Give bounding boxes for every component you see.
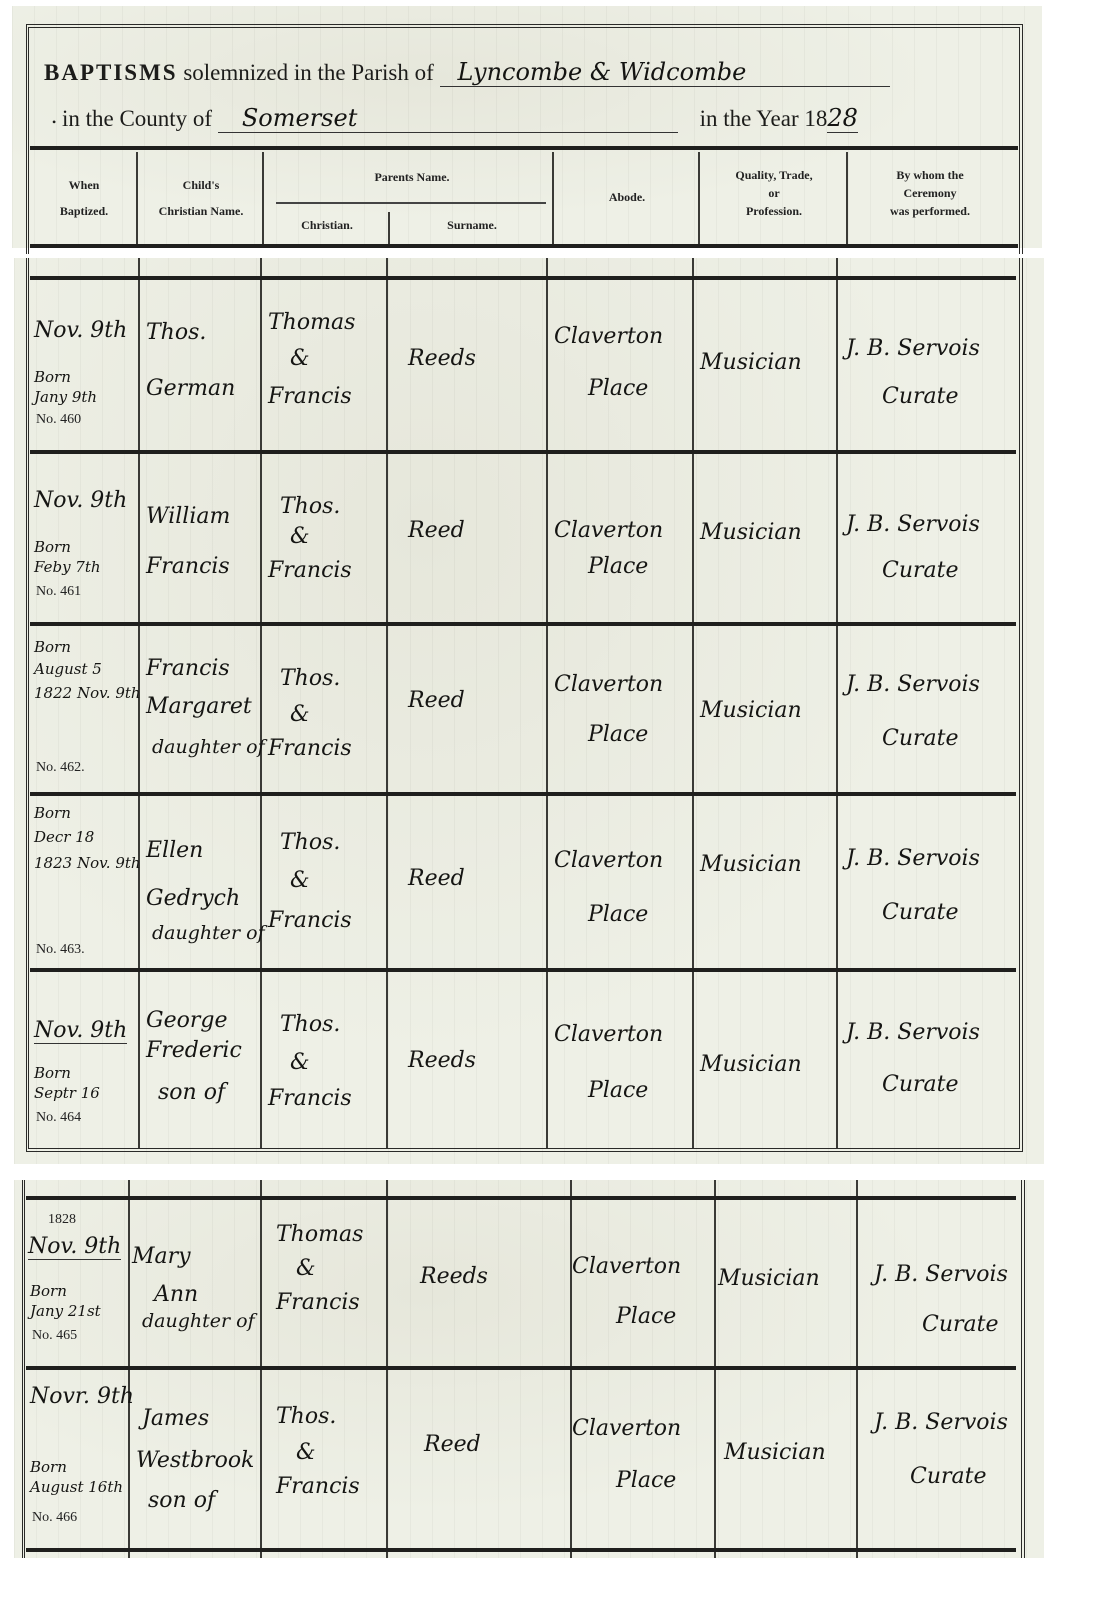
abode-2: Place [588,554,648,579]
col-divider [698,152,700,246]
abode-1: Claverton [554,324,663,349]
col-divider [136,152,138,246]
col-child-line2: Christian Name. [140,202,262,220]
child-relation: son of [158,1080,225,1105]
col-divider [262,152,264,246]
officiant: J. B. Servois [874,1262,1008,1287]
abode-2: Place [616,1304,676,1329]
abode-2: Place [588,376,648,401]
child-name-1: William [146,504,230,529]
trade: Musician [700,1052,802,1077]
col-quality-line1: Quality, Trade, [702,166,846,184]
register-header-panel: BAPTISMS solemnized in the Parish of Lyn… [12,6,1042,248]
parent-name-1: Thomas [268,310,355,335]
trade: Musician [718,1266,820,1291]
parent-name-1: Thos. [280,1012,340,1037]
title-solemnized: solemnized in the Parish of [183,60,433,85]
trade: Musician [700,350,802,375]
baptism-date: Nov. 9th [34,488,127,513]
col-when: When Baptized. [34,176,134,220]
col-bywhom-line2: Ceremony [850,184,1010,202]
birth-date: August 5 [34,660,102,678]
parent-and: & [290,1050,310,1075]
baptism-date: Nov. 9th [34,1018,127,1044]
abode-1: Claverton [554,1022,663,1047]
register-entry: 1828 Nov. 9th Born Jany 21st No. 465 Mar… [24,1200,1016,1360]
officiant: J. B. Servois [846,1020,980,1045]
child-name-1: Francis [146,656,230,681]
year-value: 28 [827,104,858,133]
officiant: J. B. Servois [846,336,980,361]
officiant-title: Curate [882,384,959,409]
child-name-1: Mary [132,1244,191,1269]
birth-date: Jany 21st [30,1302,101,1320]
abode-2: Place [588,722,648,747]
col-quality-line2: or [702,184,846,202]
officiant-title: Curate [882,726,959,751]
register-page-bottom: 1828 Nov. 9th Born Jany 21st No. 465 Mar… [14,1180,1044,1558]
child-name-2: Frederic [146,1038,242,1063]
col-bywhom-line1: By whom the [850,166,1010,184]
parent-and: & [290,524,310,549]
parent-and: & [296,1440,316,1465]
register-entry: Nov. 9th Born Septr 16 No. 464 George Fr… [28,972,1020,1144]
col-quality: Quality, Trade, or Profession. [702,166,846,220]
parent-name-1: Thos. [280,666,340,691]
entry-number: No. 465 [32,1328,77,1344]
child-name-1: James [142,1406,209,1431]
trade: Musician [700,852,802,877]
baptism-date: 1823 Nov. 9th [34,854,141,872]
abode-2: Place [616,1468,676,1493]
surname: Reeds [408,346,476,371]
parish-value: Lyncombe & Widcombe [440,58,747,86]
baptism-date: Nov. 9th [28,1234,121,1260]
officiant: J. B. Servois [874,1410,1008,1435]
county-value: Somerset [218,104,358,132]
parent-name-2: Francis [268,1086,352,1111]
baptism-date: 1822 Nov. 9th [34,684,141,702]
officiant: J. B. Servois [846,846,980,871]
entry-number: No. 461 [36,584,81,600]
col-divider [846,152,848,246]
parent-and: & [290,346,310,371]
entry-number: No. 466 [32,1510,77,1526]
born-label: Born [34,1064,71,1082]
child-relation: daughter of [142,1310,255,1332]
row-rule [26,1548,1016,1552]
parent-name-2: Francis [268,736,352,761]
born-label: Born [34,538,71,556]
birth-date: Jany 9th [34,388,97,406]
birth-date: Decr 18 [34,828,94,846]
register-entry: Born August 5 1822 Nov. 9th No. 462. Fra… [28,626,1020,792]
register-entry: Novr. 9th Born August 16th No. 466 James… [24,1370,1016,1546]
register-entry: Nov. 9th Born Jany 9th No. 460 Thos. Ger… [28,280,1020,450]
entry-number: No. 463. [36,942,85,958]
county-field: Somerset [218,104,678,133]
child-name-2: Gedrych [146,886,240,911]
abode-1: Claverton [572,1416,681,1441]
abode-2: Place [588,902,648,927]
county-line: • in the County of Somerset in the Year … [52,104,858,133]
child-name-1: George [146,1008,227,1033]
trade: Musician [700,520,802,545]
county-label: in the County of [62,106,212,131]
parish-field: Lyncombe & Widcombe [440,58,890,87]
header-rule [30,146,1018,150]
parent-name-1: Thomas [276,1222,363,1247]
entry-number: No. 462. [36,760,85,776]
parent-name-2: Francis [276,1474,360,1499]
child-name-2: German [146,376,235,401]
child-relation: daughter of [152,922,265,944]
parent-name-2: Francis [268,558,352,583]
child-name-1: Ellen [146,838,203,863]
entry-number: No. 460 [36,412,81,428]
child-relation: daughter of [152,736,265,758]
parent-name-2: Francis [268,908,352,933]
col-child-name: Child's Christian Name. [140,176,262,220]
bullet-mark: • [52,115,56,129]
col-quality-line3: Profession. [702,202,846,220]
surname: Reed [408,866,465,891]
parent-and: & [290,702,310,727]
title-baptisms: BAPTISMS [44,60,178,85]
officiant: J. B. Servois [846,512,980,537]
col-when-line1: When [34,176,134,194]
officiant-title: Curate [882,900,959,925]
parent-and: & [290,868,310,893]
officiant: J. B. Servois [846,672,980,697]
parent-name-2: Francis [268,384,352,409]
abode-1: Claverton [554,518,663,543]
year-heading: 1828 [48,1212,76,1228]
parent-name-1: Thos. [276,1404,336,1429]
parent-name-1: Thos. [280,830,340,855]
col-parent-christian: Christian. [266,216,388,234]
abode-1: Claverton [554,848,663,873]
year-label: in the Year 18 [684,106,828,131]
abode-1: Claverton [554,672,663,697]
born-label: Born [34,804,71,822]
child-name-2: Ann [154,1282,198,1307]
baptism-date: Nov. 9th [34,318,127,343]
col-when-line2: Baptized. [34,202,134,220]
baptism-date: Novr. 9th [30,1384,134,1409]
col-by-whom: By whom the Ceremony was performed. [850,166,1010,220]
register-entry: Nov. 9th Born Feby 7th No. 461 William F… [28,454,1020,622]
col-divider [552,152,554,246]
col-abode: Abode. [556,188,698,206]
birth-date: Feby 7th [34,558,101,576]
surname: Reed [408,518,465,543]
parent-name-1: Thos. [280,494,340,519]
child-name-2: Francis [146,554,230,579]
header-bottom-rule [30,244,1018,248]
officiant-title: Curate [882,558,959,583]
born-label: Born [30,1458,67,1476]
surname: Reeds [420,1264,488,1289]
child-name-1: Thos. [146,320,206,345]
birth-date: Septr 16 [34,1084,100,1102]
born-label: Born [34,638,71,656]
col-parents-name: Parents Name. [272,168,552,186]
surname: Reeds [408,1048,476,1073]
parents-underline [276,202,546,204]
trade: Musician [724,1440,826,1465]
child-name-2: Margaret [146,694,252,719]
born-label: Born [30,1282,67,1300]
child-name-2: Westbrook [136,1448,254,1473]
officiant-title: Curate [922,1312,999,1337]
surname: Reed [424,1432,481,1457]
abode-1: Claverton [572,1254,681,1279]
officiant-title: Curate [910,1464,987,1489]
surname: Reed [408,688,465,713]
birth-date: August 16th [30,1478,123,1496]
col-divider [388,212,390,246]
officiant-title: Curate [882,1072,959,1097]
col-child-line1: Child's [140,176,262,194]
child-relation: son of [148,1488,215,1513]
abode-2: Place [588,1078,648,1103]
parent-and: & [296,1256,316,1281]
parish-line: BAPTISMS solemnized in the Parish of Lyn… [44,58,890,87]
born-label: Born [34,368,71,386]
col-surname: Surname. [392,216,552,234]
trade: Musician [700,698,802,723]
register-page-middle: Nov. 9th Born Jany 9th No. 460 Thos. Ger… [14,258,1044,1164]
register-entry: Born Decr 18 1823 Nov. 9th No. 463. Elle… [28,796,1020,968]
parent-name-2: Francis [276,1290,360,1315]
entry-number: No. 464 [36,1110,81,1126]
col-bywhom-line3: was performed. [850,202,1010,220]
